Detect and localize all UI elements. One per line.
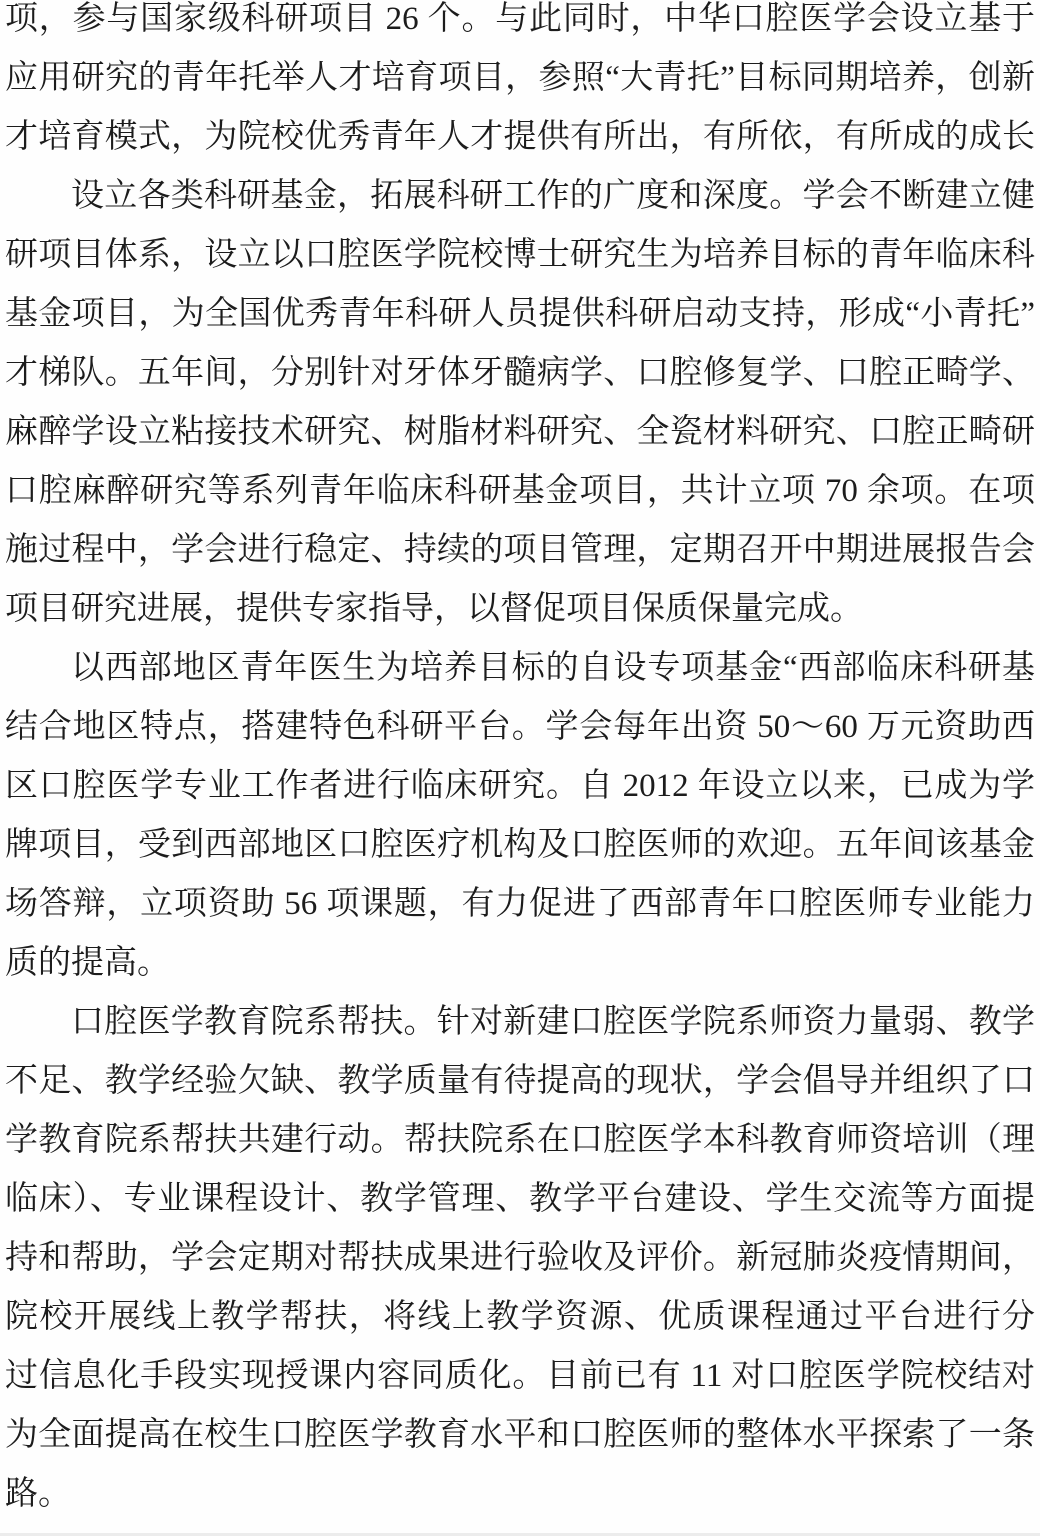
text-line: 设立各类科研基金，拓展科研工作的广度和深度。学会不断建立健全科 (5, 167, 1035, 226)
text-line: 区口腔医学专业工作者进行临床研究。自 2012 年设立以来，已成为学会品 (5, 757, 1035, 816)
text-line: 路。 (5, 1465, 1035, 1524)
paragraph: 口腔医学教育院系帮扶。针对新建口腔医学院系师资力量弱、教学设备不足、教学经验欠缺… (5, 993, 1035, 1524)
text-line: 应用研究的青年托举人才培育项目，参照“大青托”目标同期培养，创新人 (5, 49, 1035, 108)
paragraph: 以西部地区青年医生为培养目标的自设专项基金“西部临床科研基金”，结合地区特点，搭… (5, 639, 1035, 993)
paragraph: 设立各类科研基金，拓展科研工作的广度和深度。学会不断建立健全科研项目体系，设立以… (5, 167, 1035, 639)
text-line: 过信息化手段实现授课内容同质化。目前已有 11 对口腔医学院校结对帮扶， (5, 1347, 1035, 1406)
text-line: 施过程中，学会进行稳定、持续的项目管理，定期召开中期进展报告会跟进 (5, 521, 1035, 580)
text-line: 不足、教学经验欠缺、教学质量有待提高的现状，学会倡导并组织了口腔医 (5, 1052, 1035, 1111)
text-line: 质的提高。 (5, 934, 1035, 993)
text-line: 以西部地区青年医生为培养目标的自设专项基金“西部临床科研基金”， (5, 639, 1035, 698)
document-page: 项，参与国家级科研项目 26 个。与此同时，中华口腔医学会设立基于临床应用研究的… (0, 0, 1040, 1536)
text-line: 临床）、专业课程设计、教学管理、教学平台建设、学生交流等方面提供支 (5, 1170, 1035, 1229)
text-line: 研项目体系，设立以口腔医学院校博士研究生为培养目标的青年临床科研 (5, 226, 1035, 285)
document-text-block: 项，参与国家级科研项目 26 个。与此同时，中华口腔医学会设立基于临床应用研究的… (5, 0, 1035, 1524)
text-line: 项，参与国家级科研项目 26 个。与此同时，中华口腔医学会设立基于临床 (5, 0, 1035, 49)
text-line: 口腔麻醉研究等系列青年临床科研基金项目，共计立项 70 余项。在项目实 (5, 462, 1035, 521)
text-line: 为全面提高在校生口腔医学教育水平和口腔医师的整体水平探索了一条新 (5, 1406, 1035, 1465)
text-line: 持和帮助，学会定期对帮扶成果进行验收及评价。新冠肺炎疫情期间，帮扶 (5, 1229, 1035, 1288)
paragraph: 项，参与国家级科研项目 26 个。与此同时，中华口腔医学会设立基于临床应用研究的… (5, 0, 1035, 167)
text-line: 口腔医学教育院系帮扶。针对新建口腔医学院系师资力量弱、教学设备 (5, 993, 1035, 1052)
text-line: 项目研究进展，提供专家指导，以督促项目保质保量完成。 (5, 580, 1035, 639)
text-line: 才培育模式，为院校优秀青年人才提供有所出，有所依，有所成的成长环境。 (5, 108, 1035, 167)
text-line: 结合地区特点，搭建特色科研平台。学会每年出资 50～60 万元资助西部地 (5, 698, 1035, 757)
text-line: 院校开展线上教学帮扶，将线上教学资源、优质课程通过平台进行分享，通 (5, 1288, 1035, 1347)
text-line: 牌项目，受到西部地区口腔医疗机构及口腔医师的欢迎。五年间该基金经现 (5, 816, 1035, 875)
text-line: 麻醉学设立粘接技术研究、树脂材料研究、全瓷材料研究、口腔正畸研究和 (5, 403, 1035, 462)
text-line: 基金项目，为全国优秀青年科研人员提供科研启动支持，形成“小青托”人 (5, 285, 1035, 344)
text-line: 场答辩，立项资助 56 项课题，有力促进了西部青年口腔医师专业能力和素 (5, 875, 1035, 934)
text-line: 学教育院系帮扶共建行动。帮扶院系在口腔医学本科教育师资培训（理论、 (5, 1111, 1035, 1170)
text-line: 才梯队。五年间，分别针对牙体牙髓病学、口腔修复学、口腔正畸学、口腔 (5, 344, 1035, 403)
